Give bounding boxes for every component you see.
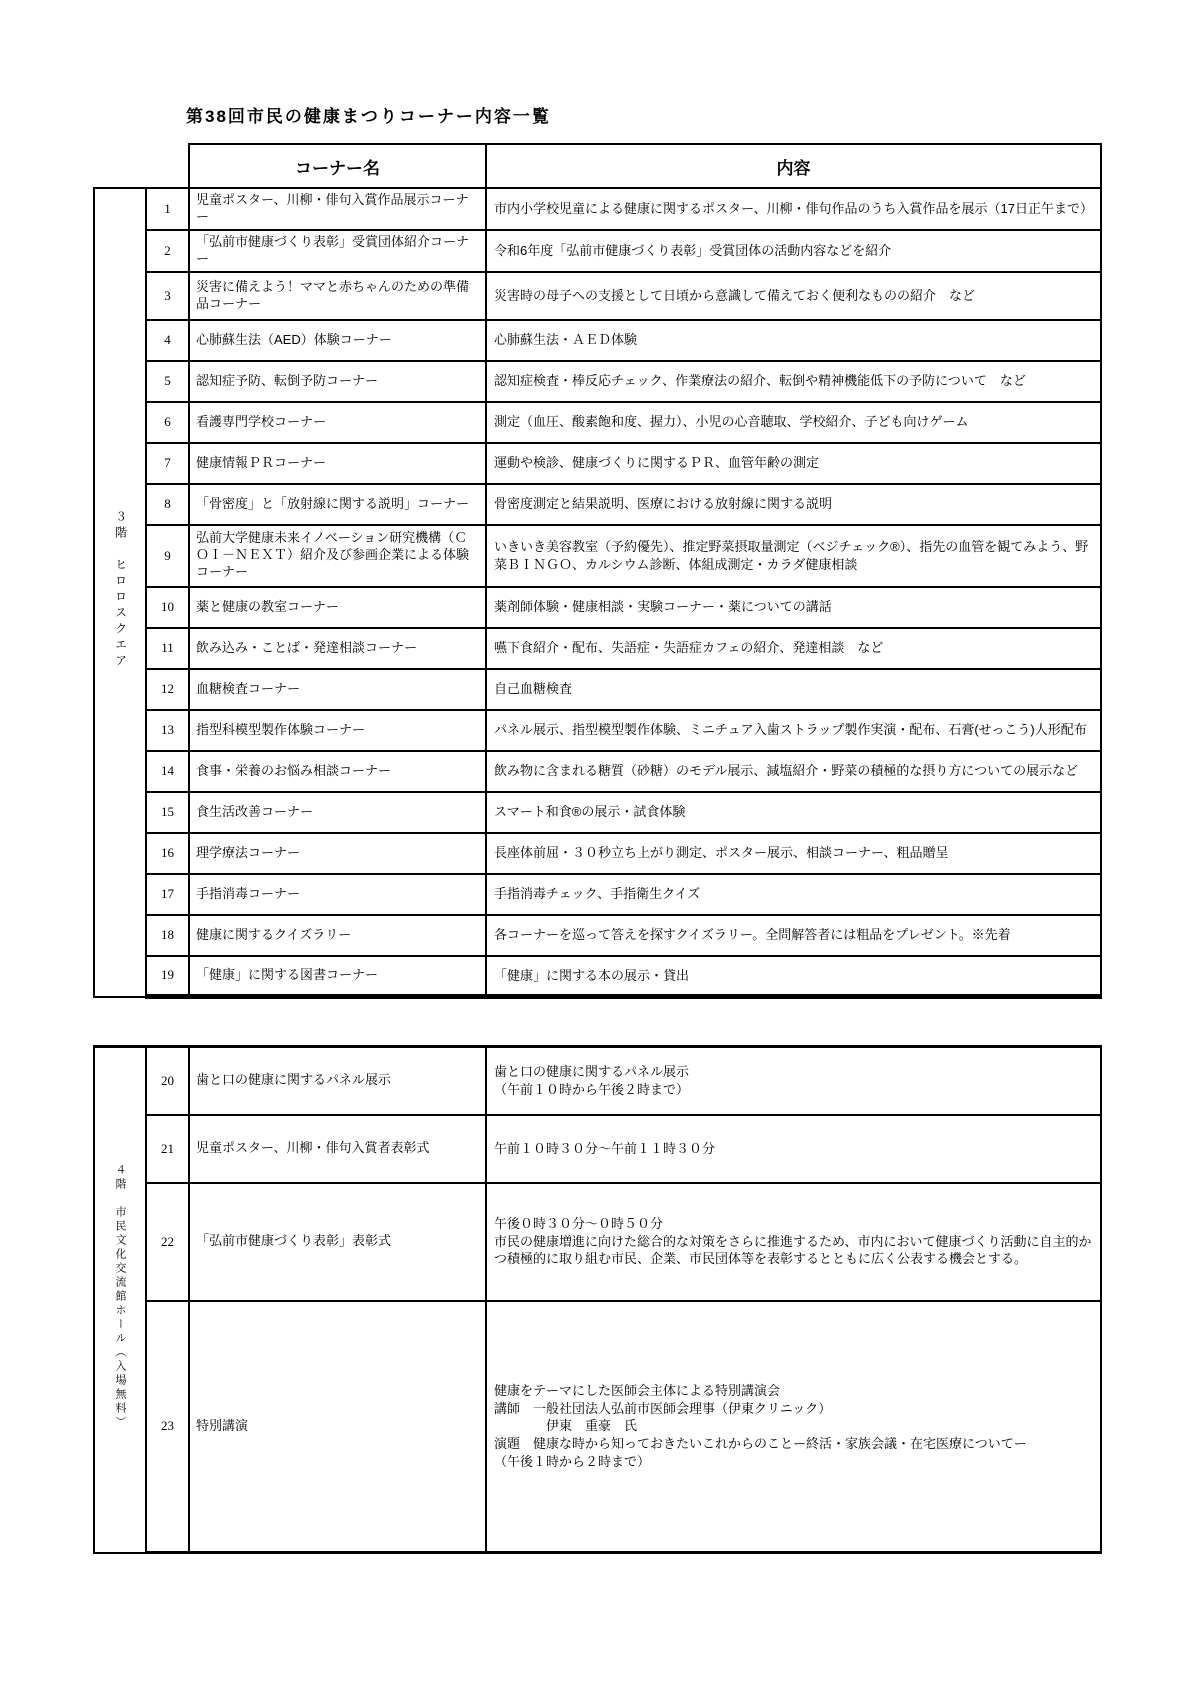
floor-label: ３階 ヒロロスクエア (113, 510, 126, 670)
row-number: 5 (146, 361, 189, 402)
table-row: 6看護専門学校コーナー測定（血圧、酸素飽和度、握力）、小児の心音聴取、学校紹介、… (94, 402, 1101, 443)
corner-name: 児童ポスター、川柳・俳句入賞者表彰式 (189, 1115, 486, 1183)
corner-name: 飲み込み・ことば・発達相談コーナー (189, 628, 486, 669)
row-number: 14 (146, 751, 189, 792)
floor-sidebar: ３階 ヒロロスクエア (94, 188, 146, 997)
corner-name: 食事・栄養のお悩み相談コーナー (189, 751, 486, 792)
table-row: 16理学療法コーナー長座体前屈・３０秒立ち上がり測定、ポスター展示、相談コーナー… (94, 833, 1101, 874)
table-row: 23特別講演健康をテーマにした医師会主体による特別講演会 講師 一般社団法人弘前… (94, 1301, 1101, 1553)
corner-content: 午前１０時３０分～午前１１時３０分 (486, 1115, 1101, 1183)
row-number: 19 (146, 956, 189, 997)
corner-content: 運動や検診、健康づくりに関するＰＲ、血管年齢の測定 (486, 443, 1101, 484)
header-spacer (94, 144, 189, 188)
corner-name: 心肺蘇生法（AED）体験コーナー (189, 320, 486, 361)
table-row: 22「弘前市健康づくり表彰」表彰式午後０時３０分～０時５０分 市民の健康増進に向… (94, 1183, 1101, 1301)
row-number: 7 (146, 443, 189, 484)
row-number: 20 (146, 1047, 189, 1115)
corner-content: 認知症検査・棒反応チェック、作業療法の紹介、転倒や精神機能低下の予防について な… (486, 361, 1101, 402)
corner-name: 災害に備えよう！ママと赤ちゃんのための準備品コーナー (189, 272, 486, 320)
column-header-content: 内容 (486, 144, 1101, 188)
corner-name: 食生活改善コーナー (189, 792, 486, 833)
corner-content: 歯と口の健康に関するパネル展示 （午前１０時から午後２時まで） (486, 1047, 1101, 1115)
table-row: 8「骨密度」と「放射線に関する説明」コーナー骨密度測定と結果説明、医療における放… (94, 484, 1101, 525)
floor-label: ４階 市民文化交流館ホール（入場無料） (114, 1164, 126, 1430)
corner-name: 認知症予防、転倒予防コーナー (189, 361, 486, 402)
corner-content: 午後０時３０分～０時５０分 市民の健康増進に向けた総合的な対策をさらに推進するた… (486, 1183, 1101, 1301)
row-number: 13 (146, 710, 189, 751)
corner-content: 測定（血圧、酸素飽和度、握力）、小児の心音聴取、学校紹介、子ども向けゲーム (486, 402, 1101, 443)
corner-content: パネル展示、指型模型製作体験、ミニチュア入歯ストラップ製作実演・配布、石膏(せっ… (486, 710, 1101, 751)
corner-content: スマート和食®の展示・試食体験 (486, 792, 1101, 833)
table-row: ４階 市民文化交流館ホール（入場無料）20歯と口の健康に関するパネル展示歯と口の… (94, 1047, 1101, 1115)
column-header-corner: コーナー名 (189, 144, 486, 188)
corner-name: 手指消毒コーナー (189, 874, 486, 915)
corner-name: 特別講演 (189, 1301, 486, 1553)
row-number: 2 (146, 230, 189, 272)
row-number: 9 (146, 525, 189, 587)
table-row: 4心肺蘇生法（AED）体験コーナー心肺蘇生法・ＡＥＤ体験 (94, 320, 1101, 361)
corner-content: 薬剤師体験・健康相談・実験コーナー・薬についての講話 (486, 587, 1101, 628)
corner-name: 指型科模型製作体験コーナー (189, 710, 486, 751)
row-number: 16 (146, 833, 189, 874)
table-row: 9弘前大学健康未来イノベーション研究機構（ＣＯＩ－ＮＥＸＴ）紹介及び参画企業によ… (94, 525, 1101, 587)
row-number: 17 (146, 874, 189, 915)
row-number: 22 (146, 1183, 189, 1301)
header-row: コーナー名 内容 (94, 144, 1101, 188)
corner-name: 「健康」に関する図書コーナー (189, 956, 486, 997)
table-row: 7健康情報ＰＲコーナー運動や検診、健康づくりに関するＰＲ、血管年齢の測定 (94, 443, 1101, 484)
table-row: 10薬と健康の教室コーナー薬剤師体験・健康相談・実験コーナー・薬についての講話 (94, 587, 1101, 628)
corner-name: 理学療法コーナー (189, 833, 486, 874)
corner-content: 災害時の母子への支援として日頃から意識して備えておく便利なものの紹介 など (486, 272, 1101, 320)
table-row: 21児童ポスター、川柳・俳句入賞者表彰式午前１０時３０分～午前１１時３０分 (94, 1115, 1101, 1183)
corner-table-4f: ４階 市民文化交流館ホール（入場無料）20歯と口の健康に関するパネル展示歯と口の… (93, 1045, 1102, 1554)
corner-content: 骨密度測定と結果説明、医療における放射線に関する説明 (486, 484, 1101, 525)
corner-name: 健康に関するクイズラリー (189, 915, 486, 956)
corner-name: 看護専門学校コーナー (189, 402, 486, 443)
document-page: 第38回市民の健康まつりコーナー内容一覧 コーナー名 内容 ３階 ヒロロスクエア… (0, 0, 1200, 1697)
corner-name: 児童ポスター、川柳・俳句入賞作品展示コーナー (189, 188, 486, 230)
corner-name: 弘前大学健康未来イノベーション研究機構（ＣＯＩ－ＮＥＸＴ）紹介及び参画企業による… (189, 525, 486, 587)
row-number: 23 (146, 1301, 189, 1553)
corner-content: 嚥下食紹介・配布、失語症・失語症カフェの紹介、発達相談 など (486, 628, 1101, 669)
table-row: 15食生活改善コーナースマート和食®の展示・試食体験 (94, 792, 1101, 833)
table-row: 11飲み込み・ことば・発達相談コーナー嚥下食紹介・配布、失語症・失語症カフェの紹… (94, 628, 1101, 669)
table-row: ３階 ヒロロスクエア1児童ポスター、川柳・俳句入賞作品展示コーナー市内小学校児童… (94, 188, 1101, 230)
row-number: 21 (146, 1115, 189, 1183)
floor-sidebar: ４階 市民文化交流館ホール（入場無料） (94, 1047, 146, 1553)
corner-content: 長座体前屈・３０秒立ち上がり測定、ポスター展示、相談コーナー、粗品贈呈 (486, 833, 1101, 874)
corner-content: 心肺蘇生法・ＡＥＤ体験 (486, 320, 1101, 361)
row-number: 8 (146, 484, 189, 525)
corner-table-3f: コーナー名 内容 ３階 ヒロロスクエア1児童ポスター、川柳・俳句入賞作品展示コー… (93, 143, 1102, 999)
corner-content: 令和6年度「弘前市健康づくり表彰」受賞団体の活動内容などを紹介 (486, 230, 1101, 272)
row-number: 10 (146, 587, 189, 628)
corner-content: いきいき美容教室（予約優先）、推定野菜摂取量測定（ベジチェック®）、指先の血管を… (486, 525, 1101, 587)
table-row: 3災害に備えよう！ママと赤ちゃんのための準備品コーナー災害時の母子への支援として… (94, 272, 1101, 320)
corner-content: 飲み物に含まれる糖質（砂糖）のモデル展示、減塩紹介・野菜の積極的な摂り方について… (486, 751, 1101, 792)
corner-content: 手指消毒チェック、手指衛生クイズ (486, 874, 1101, 915)
table-row: 18健康に関するクイズラリー各コーナーを巡って答えを探すクイズラリー。全問解答者… (94, 915, 1101, 956)
corner-content: 「健康」に関する本の展示・貸出 (486, 956, 1101, 997)
corner-name: 健康情報ＰＲコーナー (189, 443, 486, 484)
corner-name: 血糖検査コーナー (189, 669, 486, 710)
table-row: 13指型科模型製作体験コーナーパネル展示、指型模型製作体験、ミニチュア入歯ストラ… (94, 710, 1101, 751)
corner-content: 自己血糖検査 (486, 669, 1101, 710)
row-number: 15 (146, 792, 189, 833)
corner-content: 市内小学校児童による健康に関するポスター、川柳・俳句作品のうち入賞作品を展示（1… (486, 188, 1101, 230)
table-row: 19「健康」に関する図書コーナー「健康」に関する本の展示・貸出 (94, 956, 1101, 997)
corner-content: 健康をテーマにした医師会主体による特別講演会 講師 一般社団法人弘前市医師会理事… (486, 1301, 1101, 1553)
table-row: 17手指消毒コーナー手指消毒チェック、手指衛生クイズ (94, 874, 1101, 915)
row-number: 11 (146, 628, 189, 669)
table-row: 12血糖検査コーナー自己血糖検査 (94, 669, 1101, 710)
page-title: 第38回市民の健康まつりコーナー内容一覧 (186, 102, 551, 127)
corner-content: 各コーナーを巡って答えを探すクイズラリー。全問解答者には粗品をプレゼント。※先着 (486, 915, 1101, 956)
corner-name: 「骨密度」と「放射線に関する説明」コーナー (189, 484, 486, 525)
row-number: 18 (146, 915, 189, 956)
corner-name: 「弘前市健康づくり表彰」受賞団体紹介コーナー (189, 230, 486, 272)
corner-name: 「弘前市健康づくり表彰」表彰式 (189, 1183, 486, 1301)
corner-name: 薬と健康の教室コーナー (189, 587, 486, 628)
table-row: 14食事・栄養のお悩み相談コーナー飲み物に含まれる糖質（砂糖）のモデル展示、減塩… (94, 751, 1101, 792)
row-number: 12 (146, 669, 189, 710)
row-number: 3 (146, 272, 189, 320)
row-number: 4 (146, 320, 189, 361)
table-row: 2「弘前市健康づくり表彰」受賞団体紹介コーナー令和6年度「弘前市健康づくり表彰」… (94, 230, 1101, 272)
row-number: 6 (146, 402, 189, 443)
row-number: 1 (146, 188, 189, 230)
corner-name: 歯と口の健康に関するパネル展示 (189, 1047, 486, 1115)
table-row: 5認知症予防、転倒予防コーナー認知症検査・棒反応チェック、作業療法の紹介、転倒や… (94, 361, 1101, 402)
